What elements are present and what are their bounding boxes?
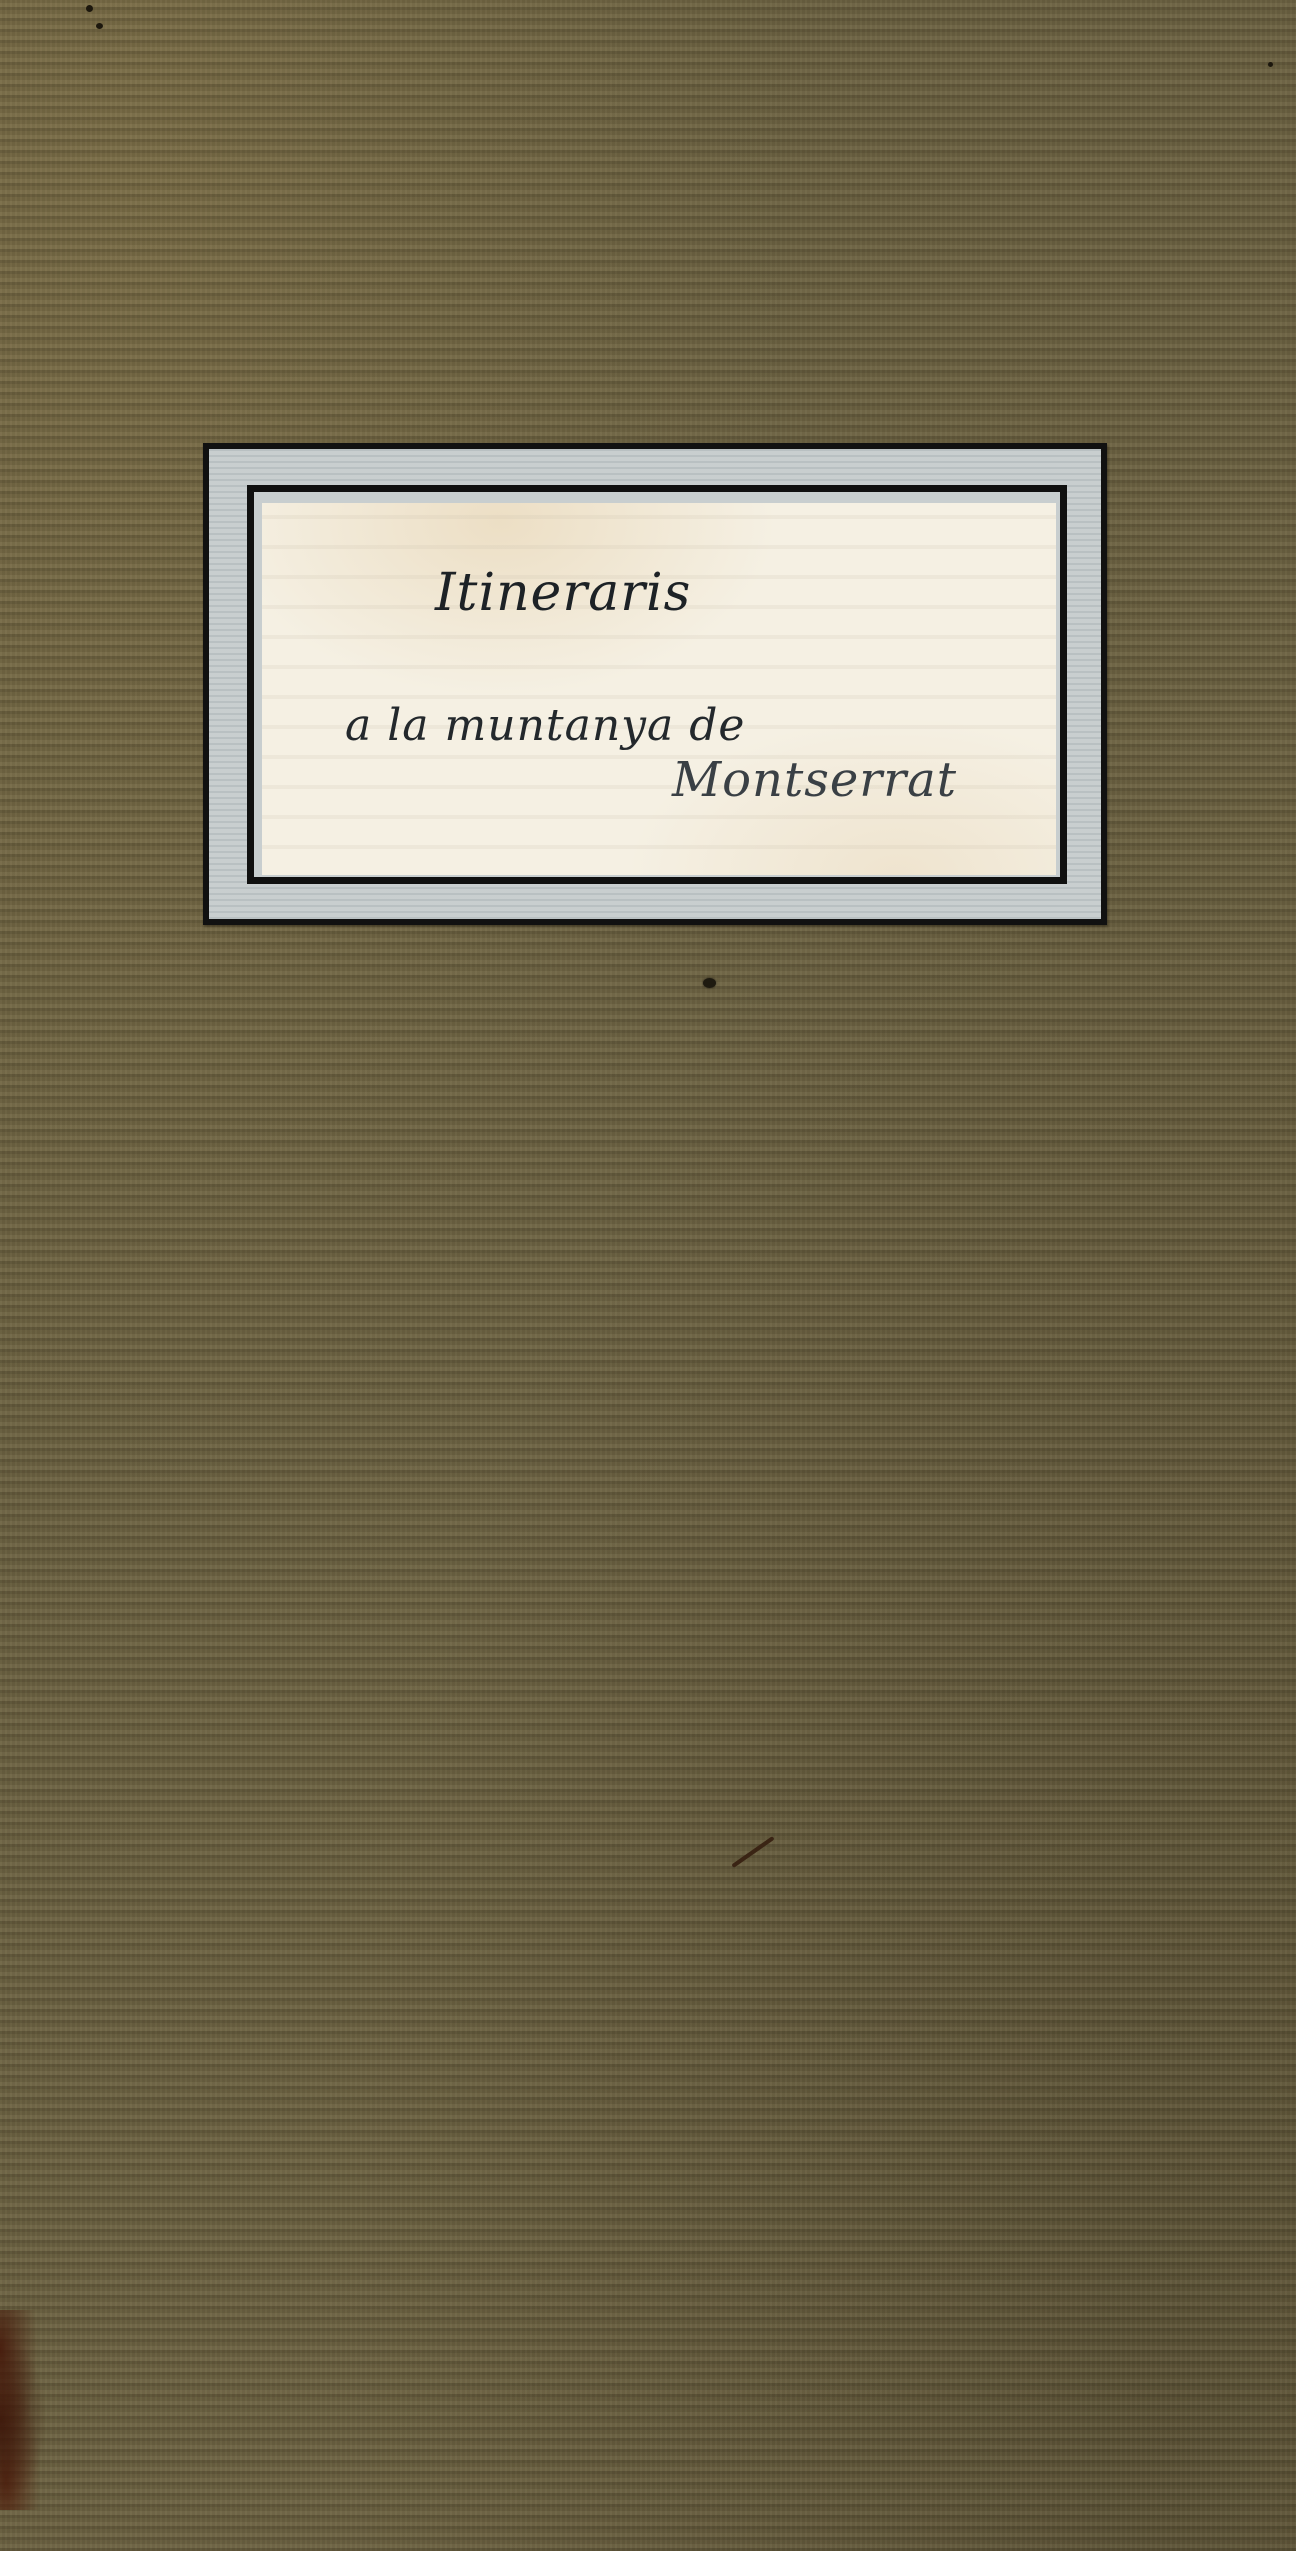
notebook-cover: Itineraris a la muntanya de Montserrat (0, 0, 1296, 2551)
edge-stain (0, 2310, 60, 2510)
label-place-name: Montserrat (672, 752, 957, 808)
ink-dot-blemish (1268, 62, 1273, 67)
fiber-mark-blemish (731, 1836, 774, 1868)
paper-hole-blemish (703, 978, 716, 988)
ink-dot-blemish (86, 5, 93, 12)
label-title: Itineraris (435, 563, 691, 623)
ink-dot-blemish (96, 23, 103, 29)
label-card (262, 503, 1056, 875)
label-subtitle: a la muntanya de (345, 700, 745, 751)
